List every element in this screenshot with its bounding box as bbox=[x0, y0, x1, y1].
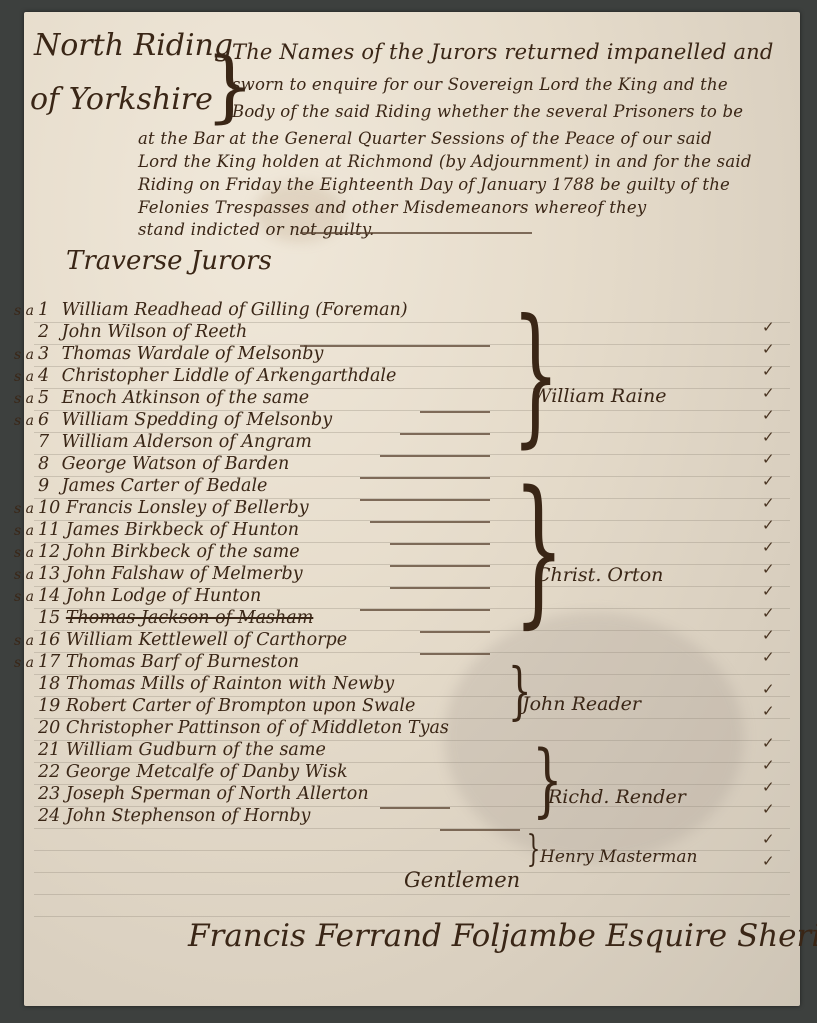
preamble-line: Body of the said Riding whether the seve… bbox=[232, 102, 743, 121]
check-mark-icon: ✓ bbox=[762, 340, 775, 358]
check-mark-icon: ✓ bbox=[762, 318, 775, 336]
juror-row: 2 John Wilson of Reeth bbox=[6, 322, 247, 342]
check-mark-icon: ✓ bbox=[762, 538, 775, 556]
juror-row: s a16 William Kettlewell of Carthorpe bbox=[6, 630, 347, 650]
juror-row: s a17 Thomas Barf of Burneston bbox=[6, 652, 299, 672]
juror-row: s a13 John Falshaw of Melmerby bbox=[6, 564, 303, 584]
bailiff-name: Richd. Render bbox=[548, 786, 686, 808]
juror-row: s a4 Christopher Liddle of Arkengarthdal… bbox=[6, 366, 396, 386]
juror-row: 21 William Gudburn of the same bbox=[6, 740, 326, 760]
group-brace: } bbox=[513, 470, 564, 630]
juror-row: s a3 Thomas Wardale of Melsonby bbox=[6, 344, 323, 364]
check-mark-icon: ✓ bbox=[762, 648, 775, 666]
juror-row: s a10 Francis Lonsley of Bellerby bbox=[6, 498, 309, 518]
juror-row: s a5 Enoch Atkinson of the same bbox=[6, 388, 309, 408]
juror-row: 22 George Metcalfe of Danby Wisk bbox=[6, 762, 348, 782]
check-mark-icon: ✓ bbox=[762, 604, 775, 622]
bailiff-name: Christ. Orton bbox=[536, 564, 663, 586]
sheriff-signature: Francis Ferrand Foljambe Esquire Sheriff bbox=[188, 918, 817, 954]
bailiff-name: Henry Masterman bbox=[540, 847, 697, 867]
bailiff-name: John Reader bbox=[522, 693, 641, 715]
check-mark-icon: ✓ bbox=[762, 450, 775, 468]
juror-row: 23 Joseph Sperman of North Allerton bbox=[6, 784, 369, 804]
preamble-line: sworn to enquire for our Sovereign Lord … bbox=[232, 75, 728, 94]
check-mark-icon: ✓ bbox=[762, 494, 775, 512]
check-mark-icon: ✓ bbox=[762, 680, 775, 698]
preamble-line: Felonies Trespasses and other Misdemeano… bbox=[138, 198, 646, 217]
check-mark-icon: ✓ bbox=[762, 384, 775, 402]
preamble-line: Lord the King holden at Richmond (by Adj… bbox=[138, 152, 752, 171]
check-mark-icon: ✓ bbox=[762, 734, 775, 752]
juror-row: 18 Thomas Mills of Rainton with Newby bbox=[6, 674, 394, 694]
group-brace: } bbox=[527, 832, 541, 868]
juror-row: s a6 William Spedding of Melsonby bbox=[6, 410, 332, 430]
county-line-2: of Yorkshire bbox=[30, 82, 213, 117]
filler-dash bbox=[300, 345, 490, 347]
filler-dash bbox=[360, 477, 490, 479]
check-mark-icon: ✓ bbox=[762, 626, 775, 644]
filler-dash bbox=[370, 521, 490, 523]
filler-dash bbox=[380, 807, 450, 809]
filler-dash bbox=[360, 609, 490, 611]
gentlemen-label: Gentlemen bbox=[404, 868, 520, 892]
check-mark-icon: ✓ bbox=[762, 472, 775, 490]
filler-dash bbox=[420, 411, 490, 413]
juror-row: 19 Robert Carter of Brompton upon Swale bbox=[6, 696, 415, 716]
preamble-line: stand indicted or not guilty. bbox=[138, 220, 375, 239]
juror-row: s a12 John Birkbeck of the same bbox=[6, 542, 300, 562]
filler-dash bbox=[390, 565, 490, 567]
juror-row: s a1 William Readhead of Gilling (Forema… bbox=[6, 300, 408, 320]
check-mark-icon: ✓ bbox=[762, 852, 775, 870]
filler-dash bbox=[390, 543, 490, 545]
flourish-line bbox=[300, 232, 532, 234]
juror-row: s a14 John Lodge of Hunton bbox=[6, 586, 261, 606]
group-brace: } bbox=[512, 300, 560, 450]
section-heading: Traverse Jurors bbox=[66, 246, 272, 276]
check-mark-icon: ✓ bbox=[762, 560, 775, 578]
check-mark-icon: ✓ bbox=[762, 830, 775, 848]
juror-row: 20 Christopher Pattinson of of Middleton… bbox=[6, 718, 449, 738]
filler-dash bbox=[420, 653, 490, 655]
check-mark-icon: ✓ bbox=[762, 582, 775, 600]
check-mark-icon: ✓ bbox=[762, 778, 775, 796]
preamble-line: The Names of the Jurors returned impanel… bbox=[232, 40, 774, 64]
preamble-line: Riding on Friday the Eighteenth Day of J… bbox=[138, 175, 730, 194]
check-mark-icon: ✓ bbox=[762, 406, 775, 424]
county-line-1: North Riding bbox=[34, 28, 233, 63]
filler-dash bbox=[380, 455, 490, 457]
juror-row: 8 George Watson of Barden bbox=[6, 454, 289, 474]
bailiff-name: William Raine bbox=[532, 385, 667, 407]
juror-row-struck: 15 Thomas Jackson of Masham bbox=[6, 608, 313, 628]
juror-row: 7 William Alderson of Angram bbox=[6, 432, 312, 452]
filler-dash bbox=[360, 499, 490, 501]
group-brace: } bbox=[532, 740, 563, 820]
water-stain bbox=[444, 612, 744, 862]
juror-row: 24 John Stephenson of Hornby bbox=[6, 806, 310, 826]
check-mark-icon: ✓ bbox=[762, 800, 775, 818]
filler-dash bbox=[400, 433, 490, 435]
check-mark-icon: ✓ bbox=[762, 756, 775, 774]
filler-dash bbox=[390, 587, 490, 589]
juror-row: s a11 James Birkbeck of Hunton bbox=[6, 520, 299, 540]
filler-dash bbox=[420, 631, 490, 633]
check-mark-icon: ✓ bbox=[762, 362, 775, 380]
check-mark-icon: ✓ bbox=[762, 516, 775, 534]
filler-dash bbox=[440, 829, 520, 831]
check-mark-icon: ✓ bbox=[762, 702, 775, 720]
preamble-line: at the Bar at the General Quarter Sessio… bbox=[138, 129, 712, 148]
check-mark-icon: ✓ bbox=[762, 428, 775, 446]
juror-row: 9 James Carter of Bedale bbox=[6, 476, 267, 496]
